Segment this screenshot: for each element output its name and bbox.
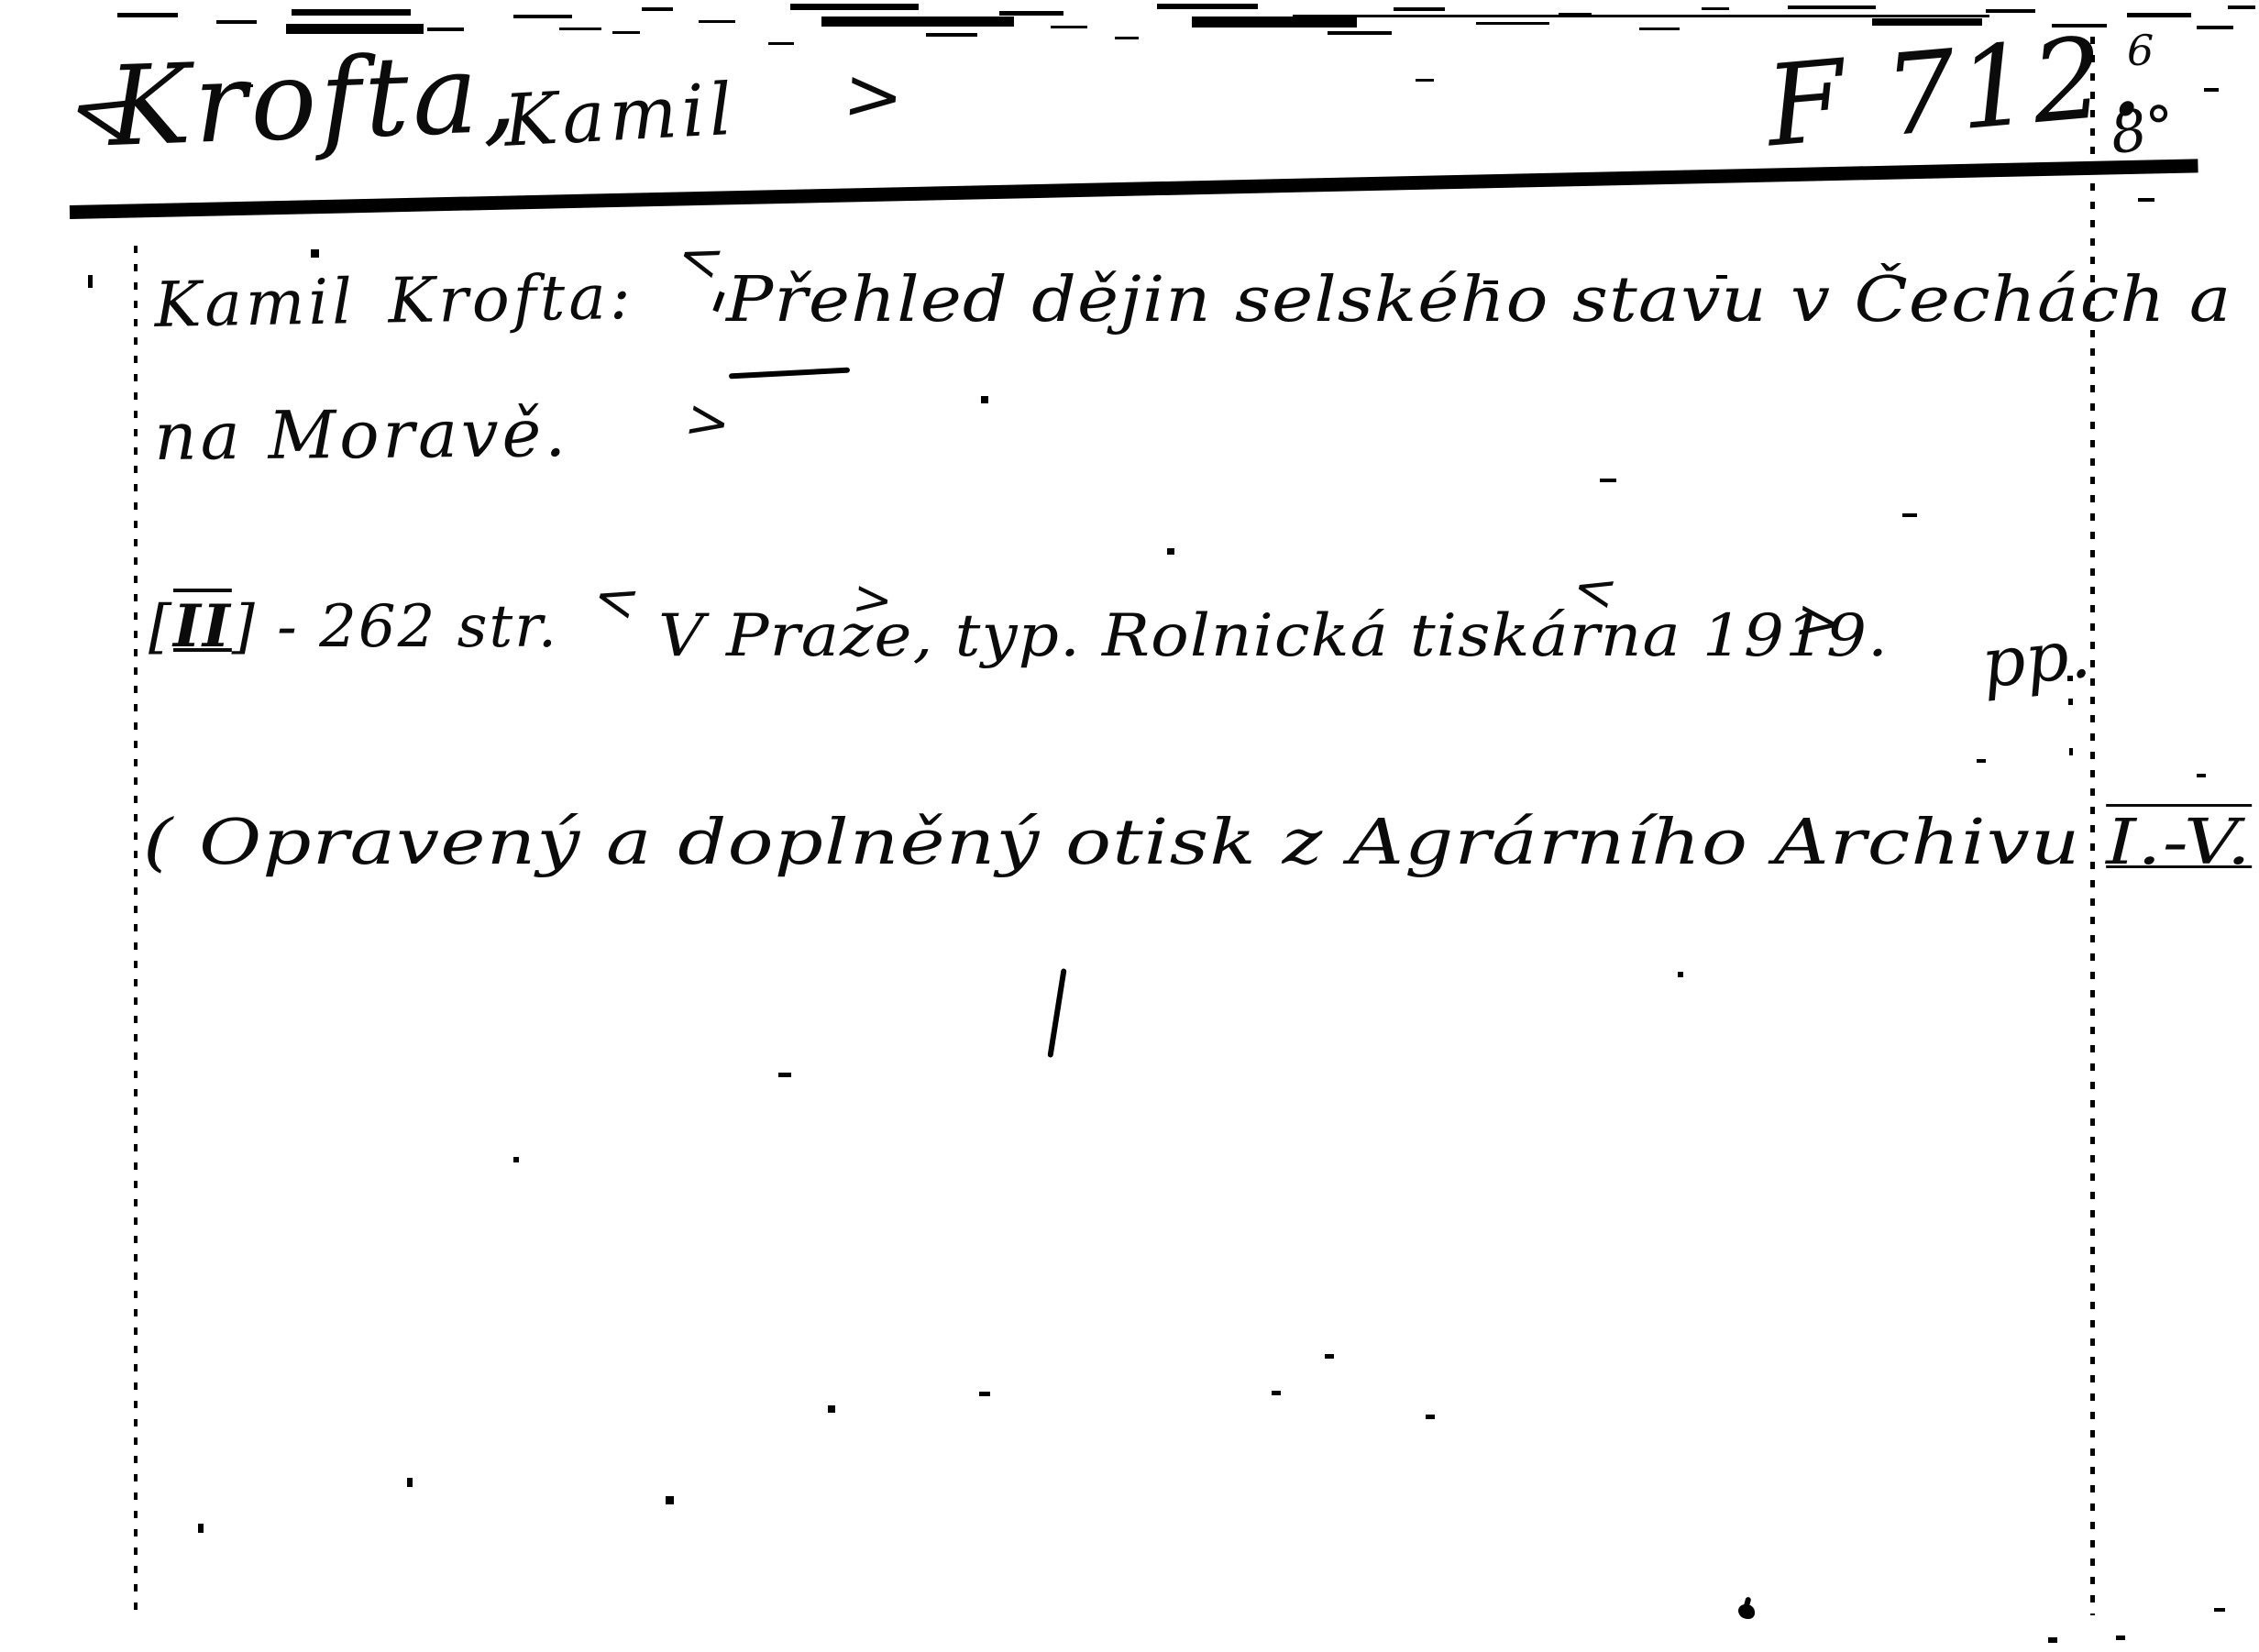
noise-speck [216,20,257,24]
noise-speck [2116,1635,2125,1640]
noise-speck [1902,513,1917,517]
collation-close-bracket: ] [232,593,257,661]
noise-speck [513,15,572,18]
noise-speck [1167,548,1174,555]
noise-speck [1678,972,1683,977]
noise-speck [1639,28,1680,30]
editorial-close-mark-header: > [841,59,906,134]
noise-speck [2228,6,2255,9]
noise-speck [1394,7,1445,11]
imprint: V Praze, typ. Rolnická tiskárna 1919. [658,607,1889,666]
noise-speck [2197,26,2233,29]
noise-speck [1702,7,1729,10]
noise-speck [311,249,319,258]
noise-speck [778,1073,791,1077]
body-author-statement: Kamil Krofta: [154,267,634,337]
pagination-abbreviation: pp. [1978,620,2093,699]
header-rule [70,159,2198,219]
editorial-open-mark-title: < [671,226,730,290]
noise-speck [981,396,988,403]
noise-speck [1328,31,1392,35]
noise-speck [666,1496,674,1504]
noise-speck [2048,1637,2057,1643]
noise-speck [2197,774,2206,777]
noise-speck [642,7,673,11]
note-roman-volumes: I.-V. [2106,807,2252,879]
noise-speck [1416,79,1434,82]
collation-pages: - 262 str. [257,593,558,661]
editorial-open-mark-imprint: < [588,567,645,630]
collation: [II] - 262 str. [149,598,558,656]
noise-speck [427,28,464,31]
author-surname: Krofta, [106,39,523,163]
noise-speck [286,24,424,34]
noise-speck [979,1392,990,1396]
noise-speck [513,1157,519,1162]
collation-open-bracket: [ [149,593,173,661]
noise-speck [612,31,640,34]
noise-speck [926,33,977,37]
noise-speck [999,11,1063,16]
catalog-card: < Krofta, Kamil > F 712. 6 8° Kamil Krof… [0,0,2259,1652]
noise-speck [821,17,1014,27]
noise-speck [1325,1354,1334,1359]
noise-speck [1051,26,1087,28]
editorial-close-mark-year: > [1791,591,1845,652]
title-line2: na Moravě. [154,400,569,469]
noise-speck [117,13,178,17]
title-word-underlined: Přehled [726,264,1008,336]
noise-speck [1600,479,1616,482]
noise-speck [790,4,919,10]
reprint-note: ( Opravený a doplněný otisk z Agrárního … [143,812,2252,875]
noise-speck [1272,1391,1281,1395]
noise-speck [559,28,601,30]
editorial-close-mark-title: > [681,391,734,451]
noise-speck [1788,6,1876,9]
noise-speck [1293,15,1989,17]
corner-number: 6 [2127,29,2154,72]
noise-speck [2069,748,2073,755]
noise-speck [292,9,411,16]
noise-speck [407,1478,413,1487]
collation-roman-numeral: II [173,592,232,661]
noise-speck [768,42,794,45]
title-rest: dějin selského stavu v Čechách a [1031,264,2231,336]
author-given-name: Kamil [502,74,738,158]
noise-speck [2138,198,2154,202]
noise-speck [1476,22,1549,25]
noise-speck [2214,1608,2225,1612]
noise-speck [699,20,735,23]
noise-speck [1115,37,1139,39]
format-mark: 8° [2107,97,2178,162]
noise-speck [1192,17,1357,28]
noise-speck [828,1405,835,1413]
title-underline-stroke [729,368,850,380]
noise-speck [1426,1415,1435,1419]
noise-speck [2204,88,2219,92]
editorial-close-mark-place: > [850,574,895,625]
noise-speck [2068,699,2073,705]
noise-speck [712,292,724,313]
stray-pen-stroke [1047,968,1066,1058]
note-text: ( Opravený a doplněný otisk z Agrárního … [143,807,2106,879]
title-line1: Přehled dějin selského stavu v Čechách a [726,270,2231,332]
left-dotted-border [134,246,138,1612]
noise-speck [1986,9,2035,13]
noise-speck [198,1524,204,1533]
noise-speck [1977,759,1986,763]
noise-speck [88,275,93,288]
noise-speck [1157,4,1258,9]
